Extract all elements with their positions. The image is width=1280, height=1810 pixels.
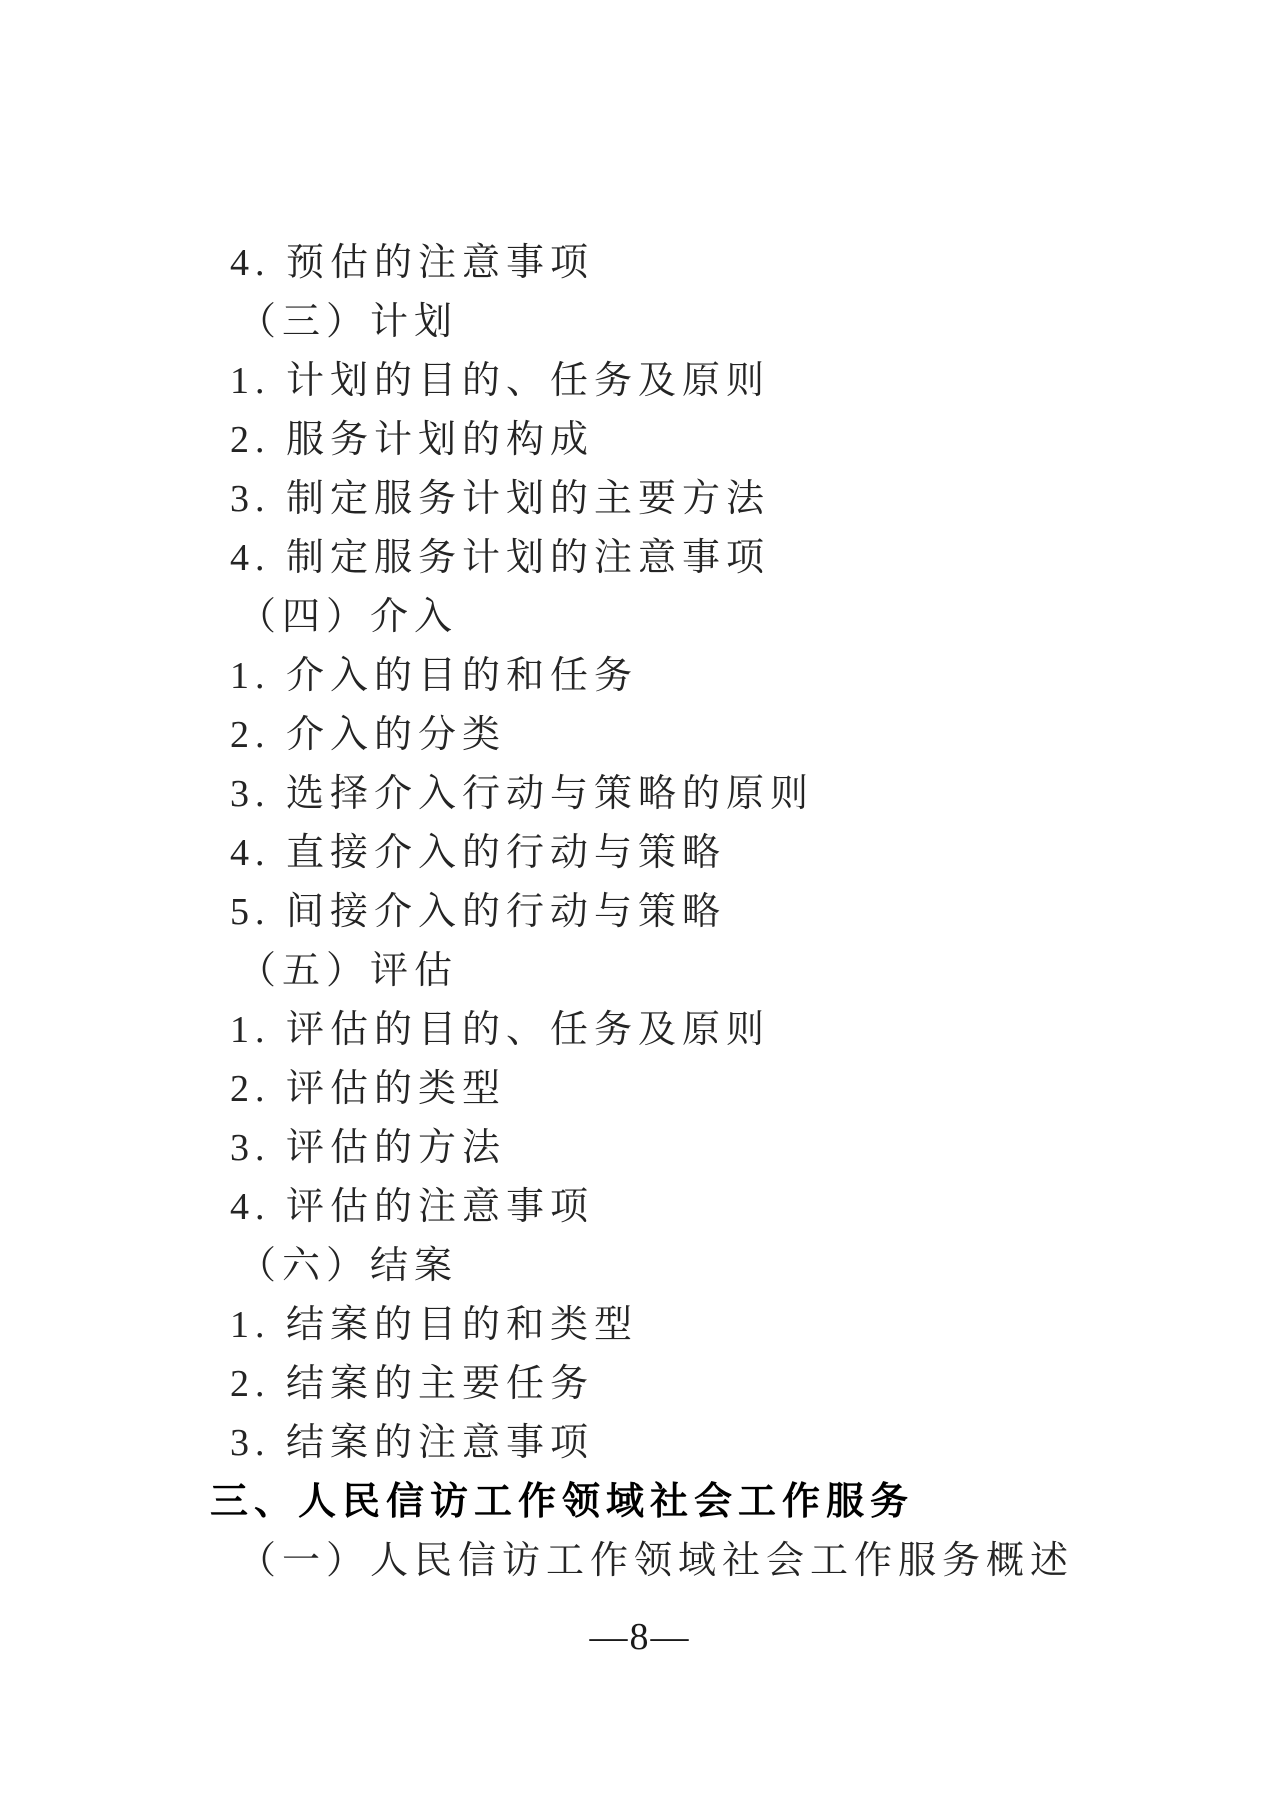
outline-section-heading: （一）人民信访工作领域社会工作服务概述 bbox=[210, 1532, 1220, 1591]
outline-line: 4. 预估的注意事项 bbox=[210, 234, 1220, 293]
outline-line: 4. 制定服务计划的注意事项 bbox=[210, 529, 1220, 588]
outline-line: 2. 介入的分类 bbox=[210, 706, 1220, 765]
outline-section-heading: （四）介入 bbox=[210, 588, 1220, 647]
outline-line: 1. 结案的目的和类型 bbox=[210, 1296, 1220, 1355]
page-number: —8— bbox=[0, 1617, 1280, 1657]
outline-line: 4. 直接介入的行动与策略 bbox=[210, 824, 1220, 883]
outline-line: 4. 评估的注意事项 bbox=[210, 1178, 1220, 1237]
outline-line: 3. 结案的注意事项 bbox=[210, 1414, 1220, 1473]
outline-line: 3. 选择介入行动与策略的原则 bbox=[210, 765, 1220, 824]
outline-line: 2. 服务计划的构成 bbox=[210, 411, 1220, 470]
outline-line: 1. 评估的目的、任务及原则 bbox=[210, 1001, 1220, 1060]
outline-section-heading: （三）计划 bbox=[210, 293, 1220, 352]
outline-line: 2. 结案的主要任务 bbox=[210, 1355, 1220, 1414]
outline-chapter-heading: 三、人民信访工作领域社会工作服务 bbox=[210, 1473, 1220, 1532]
document-page: 4. 预估的注意事项 （三）计划 1. 计划的目的、任务及原则 2. 服务计划的… bbox=[0, 0, 1280, 1810]
outline-line: 1. 计划的目的、任务及原则 bbox=[210, 352, 1220, 411]
outline-section-heading: （五）评估 bbox=[210, 942, 1220, 1001]
outline-content: 4. 预估的注意事项 （三）计划 1. 计划的目的、任务及原则 2. 服务计划的… bbox=[0, 0, 1280, 1591]
outline-line: 2. 评估的类型 bbox=[210, 1060, 1220, 1119]
outline-line: 3. 评估的方法 bbox=[210, 1119, 1220, 1178]
outline-line: 5. 间接介入的行动与策略 bbox=[210, 883, 1220, 942]
outline-line: 3. 制定服务计划的主要方法 bbox=[210, 470, 1220, 529]
outline-section-heading: （六）结案 bbox=[210, 1237, 1220, 1296]
outline-line: 1. 介入的目的和任务 bbox=[210, 647, 1220, 706]
